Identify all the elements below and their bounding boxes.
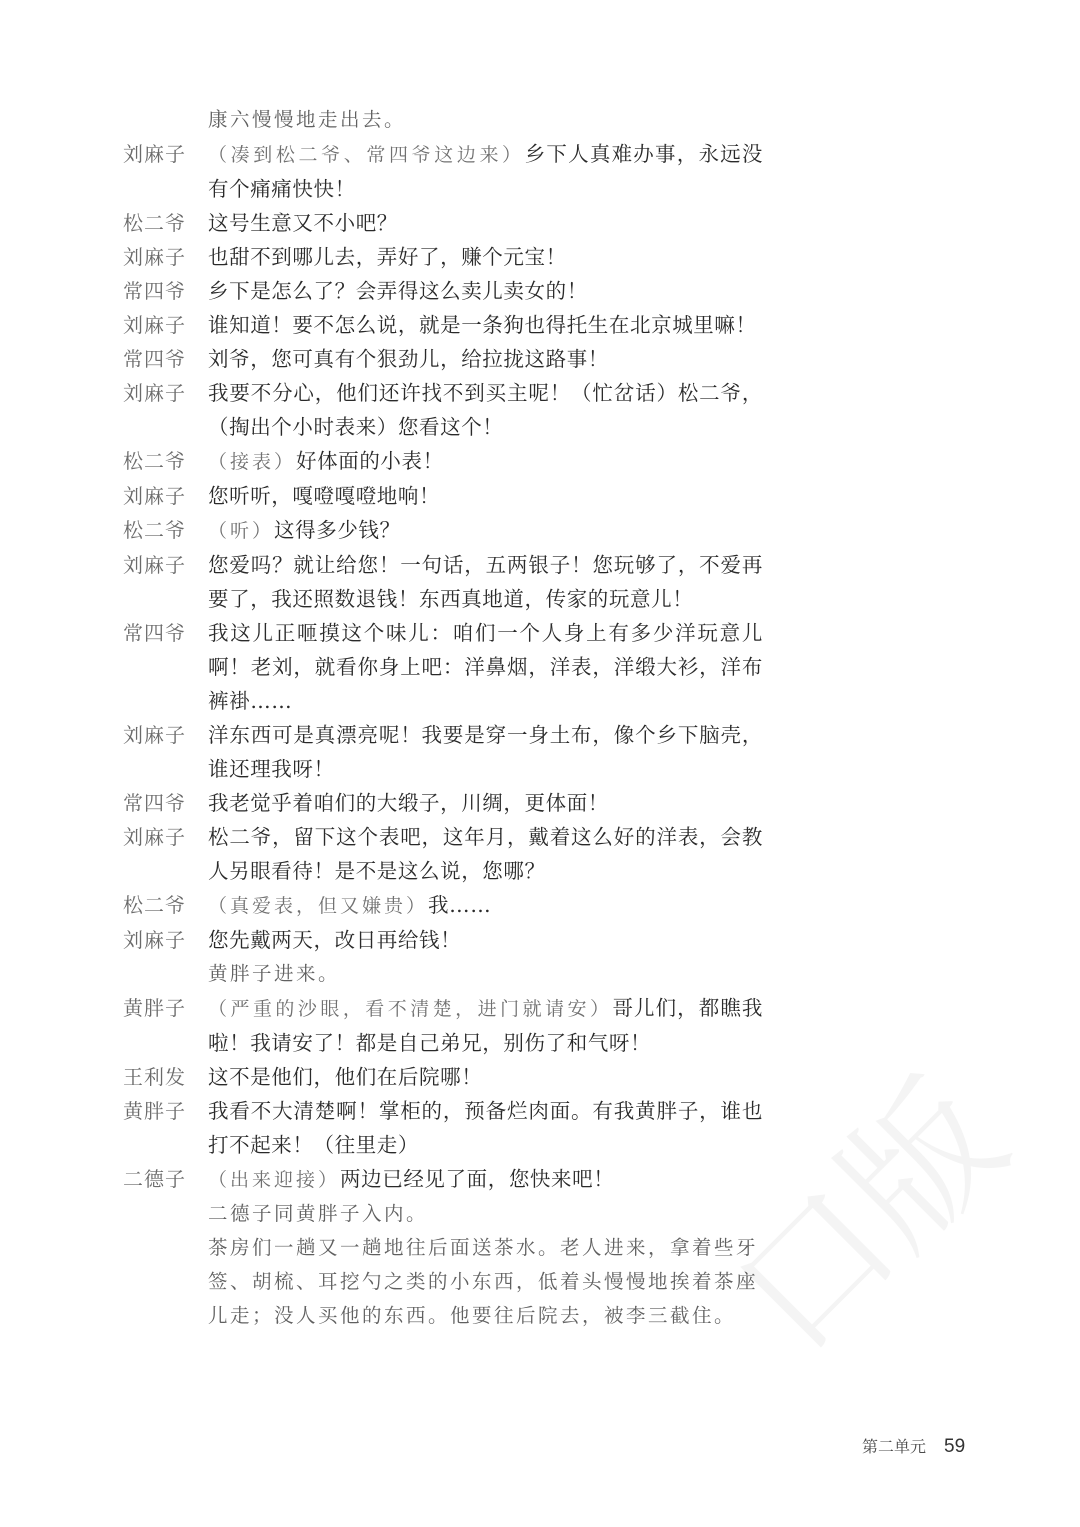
stage-direction: 茶房们一趟又一趟地往后面送茶水。老人进来，拿着些牙签、胡梳、耳挖勺之类的小东西，… [123, 1231, 763, 1333]
spoken-line: 我…… [428, 893, 491, 917]
dialogue-entry: 刘麻子也甜不到哪儿去，弄好了，赚个元宝！ [123, 240, 763, 274]
script-content: 康六慢慢地走出去。刘麻子（凑到松二爷、常四爷这边来）乡下人真难办事，永远没有个痛… [123, 103, 763, 1333]
dialogue-entry: 松二爷（接表）好体面的小表！ [123, 444, 763, 479]
speaker-name: 松二爷 [123, 206, 208, 240]
dialogue-text: （真爱表，但又嫌贵）我…… [208, 888, 763, 923]
dialogue-entry: 常四爷我老觉乎着咱们的大缎子，川绸，更体面！ [123, 786, 763, 820]
stage-direction: 二德子同黄胖子入内。 [123, 1197, 763, 1231]
dialogue-text: （严重的沙眼，看不清楚，进门就请安）哥儿们，都瞧我啦！我请安了！都是自己弟兄，别… [208, 991, 763, 1060]
inline-stage-direction: （接表） [208, 451, 296, 473]
spoken-line: 这不是他们，他们在后院哪！ [208, 1065, 482, 1089]
dialogue-entry: 常四爷刘爷，您可真有个狠劲儿，给拉拢这路事！ [123, 342, 763, 376]
dialogue-entry: 刘麻子您听听，嘎噔嘎噔地响！ [123, 479, 763, 513]
spoken-line: 好体面的小表！ [296, 449, 444, 473]
spoken-line: 松二爷，留下这个表吧，这年月，戴着这么好的洋表，会教人另眼看待！是不是这么说，您… [208, 825, 763, 883]
dialogue-text: 我这儿正咂摸这个味儿：咱们一个人身上有多少洋玩意儿啊！老刘，就看你身上吧：洋鼻烟… [208, 616, 763, 718]
dialogue-entry: 刘麻子您爱吗？就让给您！一句话，五两银子！您玩够了，不爱再要了，我还照数退钱！东… [123, 548, 763, 616]
speaker-name: 刘麻子 [123, 479, 208, 513]
dialogue-text: 我要不分心，他们还许找不到买主呢！（忙岔话）松二爷，（掏出个小时表来）您看这个！ [208, 376, 763, 444]
speaker-name: 松二爷 [123, 888, 208, 922]
speaker-name: 黄胖子 [123, 991, 208, 1025]
spoken-line: 乡下是怎么了？会弄得这么卖儿卖女的！ [208, 279, 588, 303]
speaker-name: 黄胖子 [123, 1094, 208, 1128]
speaker-name: 二德子 [123, 1162, 208, 1196]
dialogue-text: （凑到松二爷、常四爷这边来）乡下人真难办事，永远没有个痛痛快快！ [208, 137, 763, 206]
dialogue-text: 我看不大清楚啊！掌柜的，预备烂肉面。有我黄胖子，谁也打不起来！（往里走） [208, 1094, 763, 1162]
spoken-line: 我这儿正咂摸这个味儿：咱们一个人身上有多少洋玩意儿啊！老刘，就看你身上吧：洋鼻烟… [208, 621, 763, 713]
dialogue-text: 您先戴两天，改日再给钱！ [208, 923, 763, 957]
spoken-line: 我看不大清楚啊！掌柜的，预备烂肉面。有我黄胖子，谁也打不起来！（往里走） [208, 1099, 763, 1157]
dialogue-entry: 常四爷乡下是怎么了？会弄得这么卖儿卖女的！ [123, 274, 763, 308]
inline-stage-direction: （真爱表，但又嫌贵） [208, 895, 428, 917]
dialogue-text: 谁知道！要不怎么说，就是一条狗也得托生在北京城里嘛！ [208, 308, 763, 342]
dialogue-entry: 常四爷我这儿正咂摸这个味儿：咱们一个人身上有多少洋玩意儿啊！老刘，就看你身上吧：… [123, 616, 763, 718]
speaker-name: 松二爷 [123, 513, 208, 547]
speaker-name: 刘麻子 [123, 548, 208, 582]
dialogue-text: 这号生意又不小吧？ [208, 206, 763, 240]
inline-stage-direction: （凑到松二爷、常四爷这边来） [208, 144, 525, 166]
dialogue-entry: 黄胖子（严重的沙眼，看不清楚，进门就请安）哥儿们，都瞧我啦！我请安了！都是自己弟… [123, 991, 763, 1060]
dialogue-text: 松二爷，留下这个表吧，这年月，戴着这么好的洋表，会教人另眼看待！是不是这么说，您… [208, 820, 763, 888]
spoken-line: 谁知道！要不怎么说，就是一条狗也得托生在北京城里嘛！ [208, 313, 757, 337]
speaker-name: 刘麻子 [123, 718, 208, 752]
dialogue-text: 刘爷，您可真有个狠劲儿，给拉拢这路事！ [208, 342, 763, 376]
dialogue-text: （接表）好体面的小表！ [208, 444, 763, 479]
speaker-name: 刘麻子 [123, 240, 208, 274]
dialogue-text: 乡下是怎么了？会弄得这么卖儿卖女的！ [208, 274, 763, 308]
dialogue-entry: 刘麻子谁知道！要不怎么说，就是一条狗也得托生在北京城里嘛！ [123, 308, 763, 342]
speaker-name: 刘麻子 [123, 820, 208, 854]
inline-stage-direction: （听） [208, 520, 274, 542]
unit-label: 第二单元 [862, 1434, 926, 1457]
stage-direction: 黄胖子进来。 [123, 957, 763, 991]
speaker-name: 刘麻子 [123, 923, 208, 957]
speaker-name: 常四爷 [123, 274, 208, 308]
dialogue-entry: 刘麻子您先戴两天，改日再给钱！ [123, 923, 763, 957]
spoken-line: 也甜不到哪儿去，弄好了，赚个元宝！ [208, 245, 567, 269]
dialogue-text: （听）这得多少钱？ [208, 513, 763, 548]
speaker-name: 刘麻子 [123, 137, 208, 171]
spoken-line: 我老觉乎着咱们的大缎子，川绸，更体面！ [208, 791, 609, 815]
speaker-name: 常四爷 [123, 616, 208, 650]
dialogue-text: （出来迎接）两边已经见了面，您快来吧！ [208, 1162, 763, 1197]
speaker-name: 松二爷 [123, 444, 208, 478]
dialogue-entry: 刘麻子（凑到松二爷、常四爷这边来）乡下人真难办事，永远没有个痛痛快快！ [123, 137, 763, 206]
spoken-line: 刘爷，您可真有个狠劲儿，给拉拢这路事！ [208, 347, 609, 371]
spoken-line: 我要不分心，他们还许找不到买主呢！（忙岔话）松二爷，（掏出个小时表来）您看这个！ [208, 381, 763, 439]
spoken-line: 两边已经见了面，您快来吧！ [340, 1167, 614, 1191]
dialogue-entry: 黄胖子我看不大清楚啊！掌柜的，预备烂肉面。有我黄胖子，谁也打不起来！（往里走） [123, 1094, 763, 1162]
speaker-name: 常四爷 [123, 786, 208, 820]
inline-stage-direction: （出来迎接） [208, 1169, 340, 1191]
speaker-name: 常四爷 [123, 342, 208, 376]
dialogue-entry: 刘麻子我要不分心，他们还许找不到买主呢！（忙岔话）松二爷，（掏出个小时表来）您看… [123, 376, 763, 444]
speaker-name: 刘麻子 [123, 308, 208, 342]
dialogue-text: 这不是他们，他们在后院哪！ [208, 1060, 763, 1094]
dialogue-text: 也甜不到哪儿去，弄好了，赚个元宝！ [208, 240, 763, 274]
dialogue-entry: 刘麻子洋东西可是真漂亮呢！我要是穿一身土布，像个乡下脑壳，谁还理我呀！ [123, 718, 763, 786]
spoken-line: 您听听，嘎噔嘎噔地响！ [208, 484, 440, 508]
dialogue-entry: 二德子（出来迎接）两边已经见了面，您快来吧！ [123, 1162, 763, 1197]
spoken-line: 您先戴两天，改日再给钱！ [208, 928, 461, 952]
dialogue-entry: 松二爷（听）这得多少钱？ [123, 513, 763, 548]
speaker-name: 刘麻子 [123, 376, 208, 410]
dialogue-text: 您听听，嘎噔嘎噔地响！ [208, 479, 763, 513]
spoken-line: 这得多少钱？ [274, 518, 401, 542]
page-footer: 第二单元 59 [862, 1434, 965, 1458]
spoken-line: 这号生意又不小吧？ [208, 211, 398, 235]
inline-stage-direction: （严重的沙眼，看不清楚，进门就请安） [208, 998, 612, 1020]
stage-direction: 康六慢慢地走出去。 [123, 103, 763, 137]
dialogue-text: 洋东西可是真漂亮呢！我要是穿一身土布，像个乡下脑壳，谁还理我呀！ [208, 718, 763, 786]
page-number: 59 [944, 1436, 965, 1458]
dialogue-entry: 松二爷这号生意又不小吧？ [123, 206, 763, 240]
dialogue-text: 您爱吗？就让给您！一句话，五两银子！您玩够了，不爱再要了，我还照数退钱！东西真地… [208, 548, 763, 616]
dialogue-entry: 松二爷（真爱表，但又嫌贵）我…… [123, 888, 763, 923]
spoken-line: 洋东西可是真漂亮呢！我要是穿一身土布，像个乡下脑壳，谁还理我呀！ [208, 723, 763, 781]
speaker-name: 王利发 [123, 1060, 208, 1094]
dialogue-text: 我老觉乎着咱们的大缎子，川绸，更体面！ [208, 786, 763, 820]
textbook-page: 康六慢慢地走出去。刘麻子（凑到松二爷、常四爷这边来）乡下人真难办事，永远没有个痛… [0, 0, 1080, 1527]
dialogue-entry: 王利发这不是他们，他们在后院哪！ [123, 1060, 763, 1094]
spoken-line: 您爱吗？就让给您！一句话，五两银子！您玩够了，不爱再要了，我还照数退钱！东西真地… [208, 553, 763, 611]
dialogue-entry: 刘麻子松二爷，留下这个表吧，这年月，戴着这么好的洋表，会教人另眼看待！是不是这么… [123, 820, 763, 888]
